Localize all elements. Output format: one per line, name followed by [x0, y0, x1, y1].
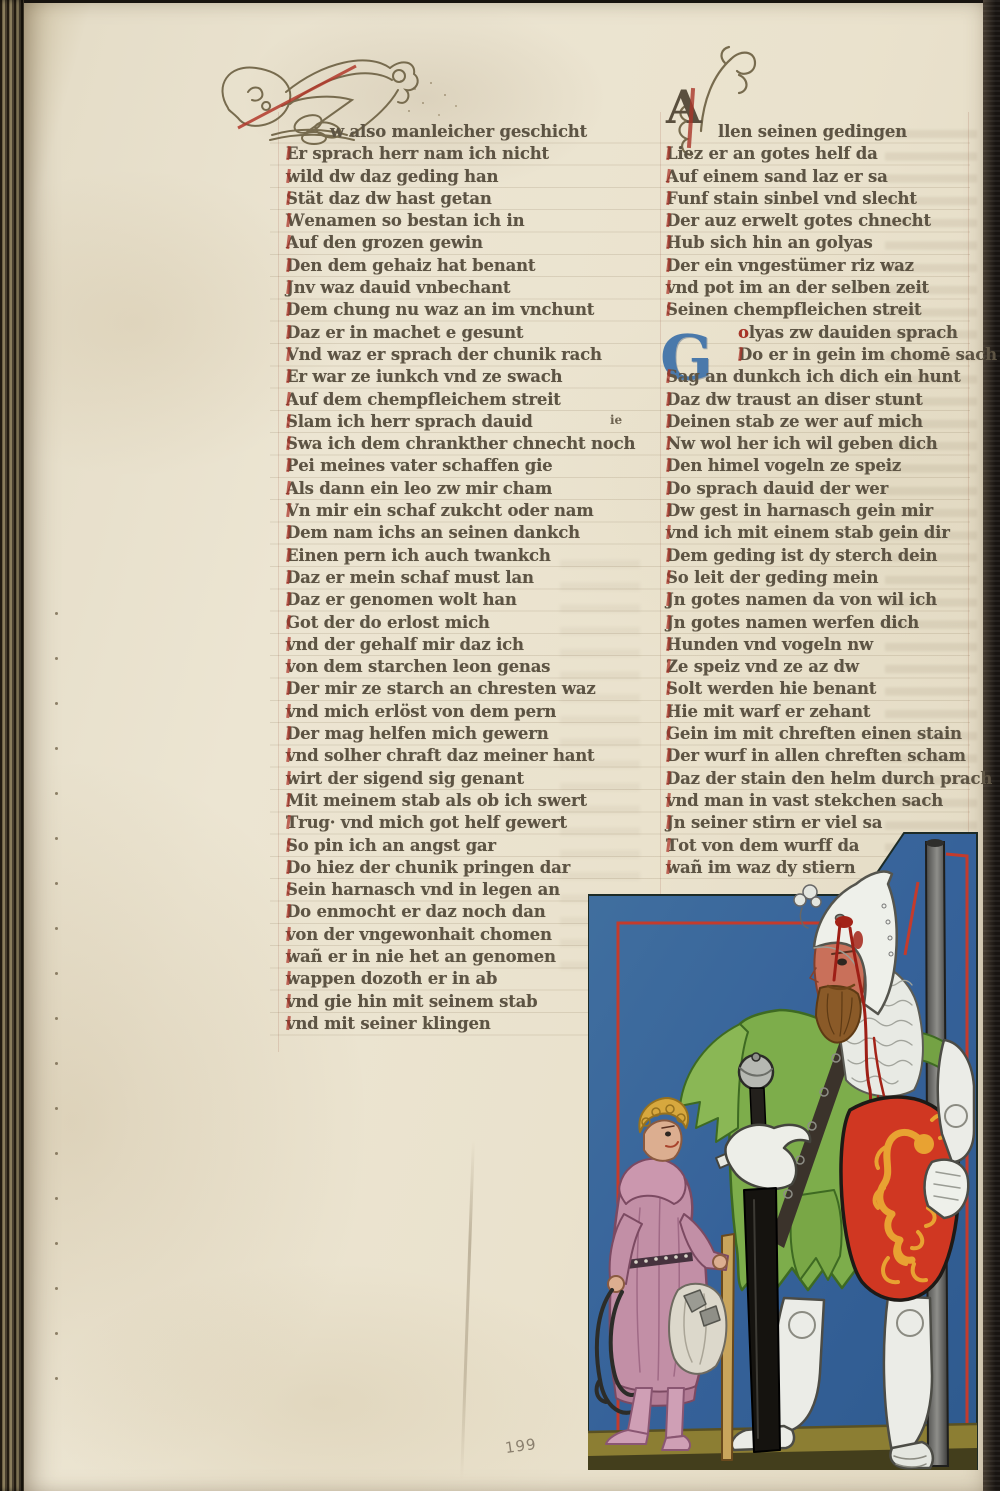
- verse-line: Er sprach herr nam ich nicht: [286, 143, 658, 165]
- verse-line: Jn gotes namen werfen dich: [666, 612, 978, 634]
- verse-line: Daz er genomen wolt han: [286, 589, 658, 611]
- verse-line: Vnd waz er sprach der chunik rach: [286, 344, 658, 366]
- verse-line: Liez er an gotes helf da: [666, 143, 978, 165]
- verse-line: Als dann ein leo zw mir cham: [286, 478, 658, 500]
- verse-line: Daz er in machet e gesunt: [286, 322, 658, 344]
- page-stack-stripes: [983, 0, 1000, 1491]
- vertical-ruling-left: [278, 112, 279, 1052]
- verse-line: Funf stain sinbel vnd slecht: [666, 188, 978, 210]
- verse-line: Daz er mein schaf must lan: [286, 567, 658, 589]
- verse-line: So leit der geding mein: [666, 567, 978, 589]
- verse-line: Daz dw traust an diser stunt: [666, 389, 978, 411]
- verse-line: Slam ich herr sprach dauid: [286, 411, 658, 433]
- verse-line: vnd mich erlöst von dem pern: [286, 701, 658, 723]
- verse-line: Ze speiz vnd ze az dw: [666, 656, 978, 678]
- verse-line: vnd der gehalf mir daz ich: [286, 634, 658, 656]
- verse-line: Daz der stain den helm durch prach: [666, 768, 978, 790]
- book-fore-edge: [983, 0, 1000, 1491]
- verse-line: wirt der sigend sig genant: [286, 768, 658, 790]
- verse-line: Stät daz dw hast getan: [286, 188, 658, 210]
- verse-line: Dem geding ist dy sterch dein: [666, 545, 978, 567]
- verse-line: Auf dem chempfleichem streit: [286, 389, 658, 411]
- verse-line: Deinen stab ze wer auf mich: [666, 411, 978, 433]
- verse-line: vnd man in vast stekchen sach: [666, 790, 978, 812]
- interlinear-correction: ie: [610, 413, 622, 427]
- verse-line: vnd solher chraft daz meiner hant: [286, 745, 658, 767]
- verse-line: Auf einem sand laz er sa: [666, 166, 978, 188]
- verse-line: von dem starchen leon genas: [286, 656, 658, 678]
- verse-line: Solt werden hie benant: [666, 678, 978, 700]
- verse-line: Jn gotes namen da von wil ich: [666, 589, 978, 611]
- verse-line: Vn mir ein schaf zukcht oder nam: [286, 500, 658, 522]
- verse-line: llen seinen gedingen: [666, 121, 978, 143]
- verse-line: Hunden vnd vogeln nw: [666, 634, 978, 656]
- verse-line: Auf den grozen gewin: [286, 232, 658, 254]
- verse-line: Do sprach dauid der wer: [666, 478, 978, 500]
- verse-line: Pei meines vater schaffen gie: [286, 455, 658, 477]
- verse-line: w also manleicher geschicht: [286, 121, 658, 143]
- verse-line: Got der do erlost mich: [286, 612, 658, 634]
- verse-line: Do er in gein im chomē sach: [666, 344, 978, 366]
- verse-line: Wenamen so bestan ich in: [286, 210, 658, 232]
- verse-line: wild dw daz geding han: [286, 166, 658, 188]
- verse-line: Der auz erwelt gotes chnecht: [666, 210, 978, 232]
- verse-line: Jnv waz dauid vnbechant: [286, 277, 658, 299]
- verse-line: Den himel vogeln ze speiz: [666, 455, 978, 477]
- verse-line: Swa ich dem chrankther chnecht noch: [286, 433, 658, 455]
- verse-line: Mit meinem stab als ob ich swert: [286, 790, 658, 812]
- right-text-column: llen seinen gedingenLiez er an gotes hel…: [666, 121, 978, 879]
- verse-line: Nw wol her ich wil geben dich: [666, 433, 978, 455]
- goliath-eye: [837, 959, 847, 966]
- verse-line: Der mag helfen mich gewern: [286, 723, 658, 745]
- verse-line: Dem nam ichs an seinen dankch: [286, 522, 658, 544]
- pricking-holes: [55, 612, 58, 615]
- binding-gutter: [0, 0, 24, 1491]
- verse-line: Sag an dunkch ich dich ein hunt: [666, 366, 978, 388]
- david-face: [644, 1120, 681, 1160]
- verse-line: Hub sich hin an golyas: [666, 232, 978, 254]
- goliath-gauntlet: [925, 1160, 969, 1218]
- verse-line: vnd ich mit einem stab gein dir: [666, 522, 978, 544]
- verse-line: Den dem gehaiz hat benant: [286, 255, 658, 277]
- verse-line: Der ein vngestümer riz waz: [666, 255, 978, 277]
- verse-line: Einen pern ich auch twankch: [286, 545, 658, 567]
- verse-line: Hie mit warf er zehant: [666, 701, 978, 723]
- verse-line: Dw gest in harnasch gein mir: [666, 500, 978, 522]
- verse-line: Gein im mit chreften einen stain: [666, 723, 978, 745]
- verse-line: Der mir ze starch an chresten waz: [286, 678, 658, 700]
- verse-line: olyas zw dauiden sprach: [666, 322, 978, 344]
- verse-line: Seinen chempfleichen streit: [666, 299, 978, 321]
- verse-line: Er war ze iunkch vnd ze swach: [286, 366, 658, 388]
- verse-line: Dem chung nu waz an im vnchunt: [286, 299, 658, 321]
- staff-top: [926, 839, 944, 847]
- miniature-david-and-goliath: [588, 828, 978, 1470]
- manuscript-photo: A G w also manleicher geschichtEr sprach…: [0, 0, 1000, 1491]
- verse-line: vnd pot im an der selben zeit: [666, 277, 978, 299]
- verse-line: Der wurf in allen chreften scham: [666, 745, 978, 767]
- david-foot: [662, 1436, 690, 1450]
